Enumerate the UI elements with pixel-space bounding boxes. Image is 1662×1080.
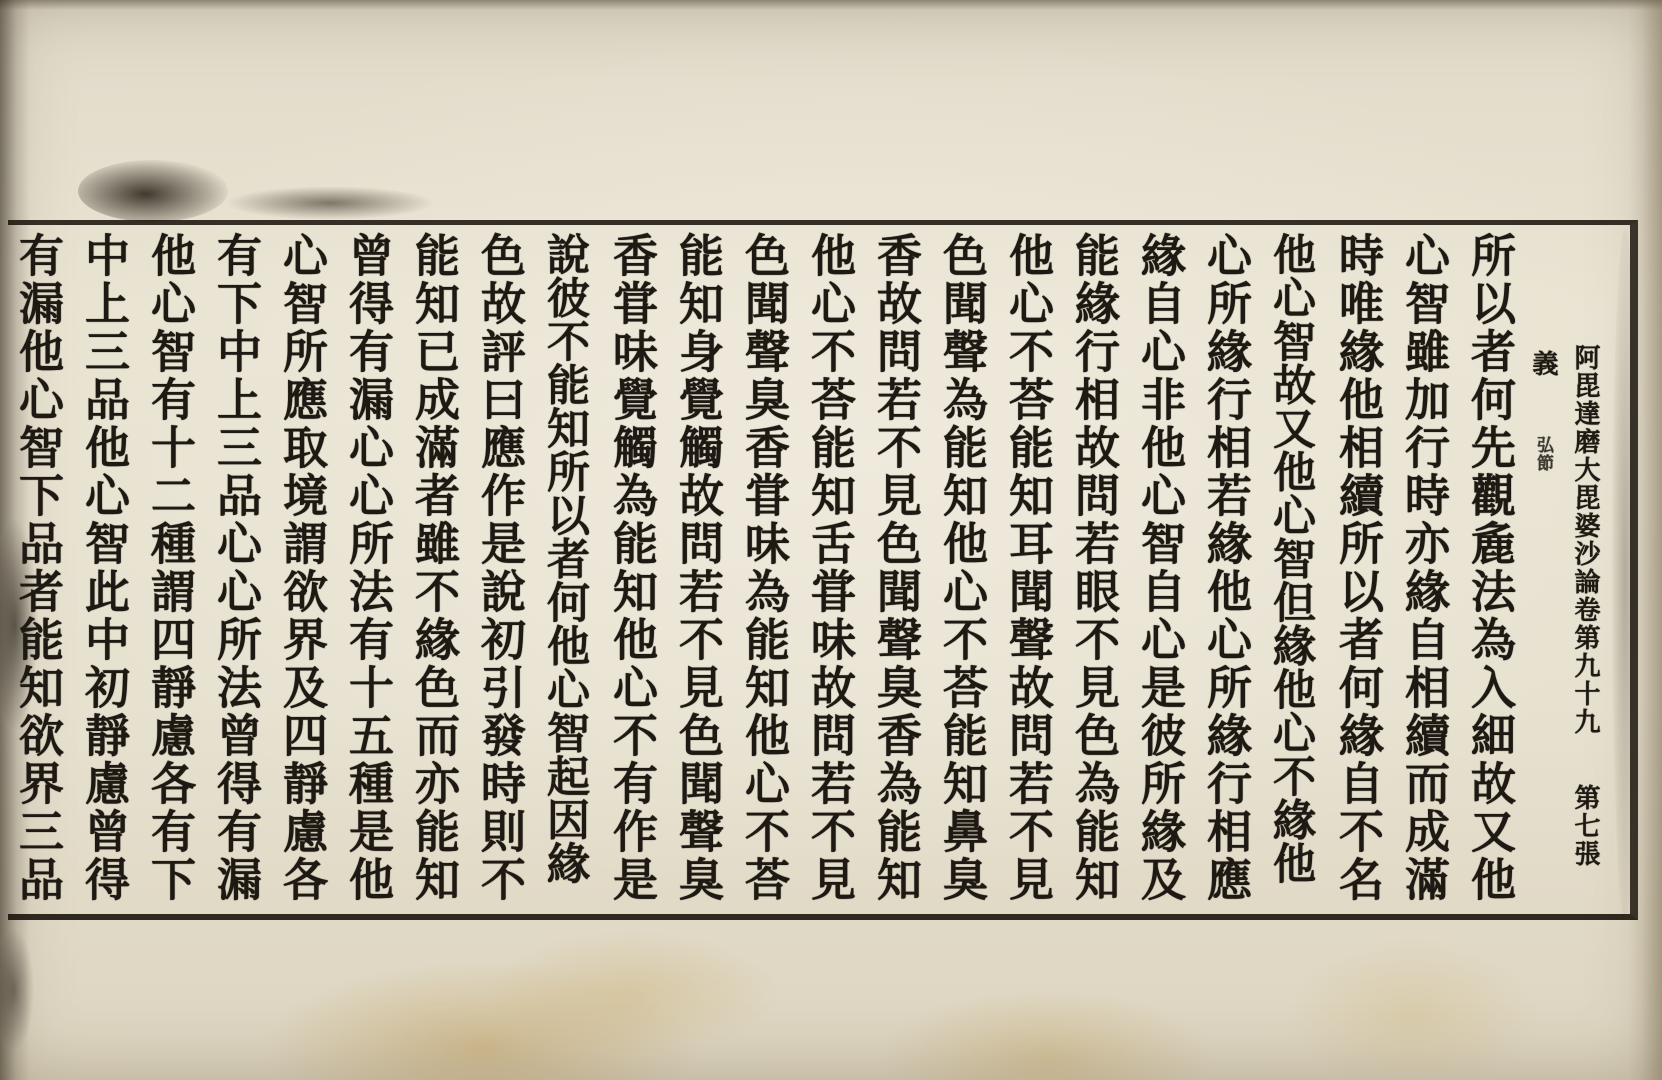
text-column: 他心智故又他心智但緣他心不緣他 <box>1258 232 1324 910</box>
collation-mark: 義 <box>1528 350 1558 378</box>
sheet-number: 第七張 <box>1570 784 1600 868</box>
ink-smudge <box>225 186 435 220</box>
text-column: 他心不荅能知耳聞聲故問若不見 <box>994 232 1060 910</box>
text-columns: 阿毘達磨大毘婆沙論卷第九十九 第七張 義 弘節 所以者何先觀麁法為入細故又他心智… <box>8 225 1630 914</box>
text-column: 心智雖加行時亦緣自相續而成滿 <box>1390 232 1456 910</box>
text-column: 有漏他心智下品者能知欲界三品 <box>4 232 70 910</box>
text-column: 所以者何先觀麁法為入細故又他 <box>1456 232 1522 910</box>
text-column: 香甞味覺觸為能知他心不有作是 <box>598 232 664 910</box>
text-column: 能知身覺觸故問若不見色聞聲臭 <box>664 232 730 910</box>
text-column: 香故問若不見色聞聲臭香為能知 <box>862 232 928 910</box>
text-column: 說彼不能知所以者何他心智起因緣 <box>532 232 598 910</box>
text-column: 有下中上三品心心所法曾得有漏 <box>202 232 268 910</box>
text-column: 色故評曰應作是說初引發時則不 <box>466 232 532 910</box>
text-column: 曾得有漏心心所法有十五種是他 <box>334 232 400 910</box>
text-column: 心智所應取境謂欲界及四靜慮各 <box>268 232 334 910</box>
text-column: 能緣行相故問若眼不見色為能知 <box>1060 232 1126 910</box>
text-column: 時唯緣他相續所以者何緣自不名 <box>1324 232 1390 910</box>
text-column: 他心不荅能知舌甞味故問若不見 <box>796 232 862 910</box>
text-column: 能知已成滿者雖不緣色而亦能知 <box>400 232 466 910</box>
carver-mark: 弘節 <box>1533 436 1553 472</box>
text-column: 緣自心非他心智自心是彼所緣及 <box>1126 232 1192 910</box>
ink-smudge <box>78 160 228 222</box>
text-column: 他心智有十二種謂四靜慮各有下 <box>136 232 202 910</box>
manuscript-page: 阿毘達磨大毘婆沙論卷第九十九 第七張 義 弘節 所以者何先觀麁法為入細故又他心智… <box>0 0 1662 1080</box>
paper-edge-top <box>0 0 1662 10</box>
text-column: 中上三品他心智此中初靜慮曾得 <box>70 232 136 910</box>
volume-title: 阿毘達磨大毘婆沙論卷第九十九 <box>1570 344 1600 736</box>
volume-title-column: 阿毘達磨大毘婆沙論卷第九十九 第七張 義 弘節 <box>1522 232 1606 910</box>
text-frame: 阿毘達磨大毘婆沙論卷第九十九 第七張 義 弘節 所以者何先觀麁法為入細故又他心智… <box>8 220 1638 920</box>
text-column: 色聞聲為能知他心不荅能知鼻臭 <box>928 232 994 910</box>
text-column: 色聞聲臭香甞味為能知他心不荅 <box>730 232 796 910</box>
text-column: 心所緣行相若緣他心所緣行相應 <box>1192 232 1258 910</box>
